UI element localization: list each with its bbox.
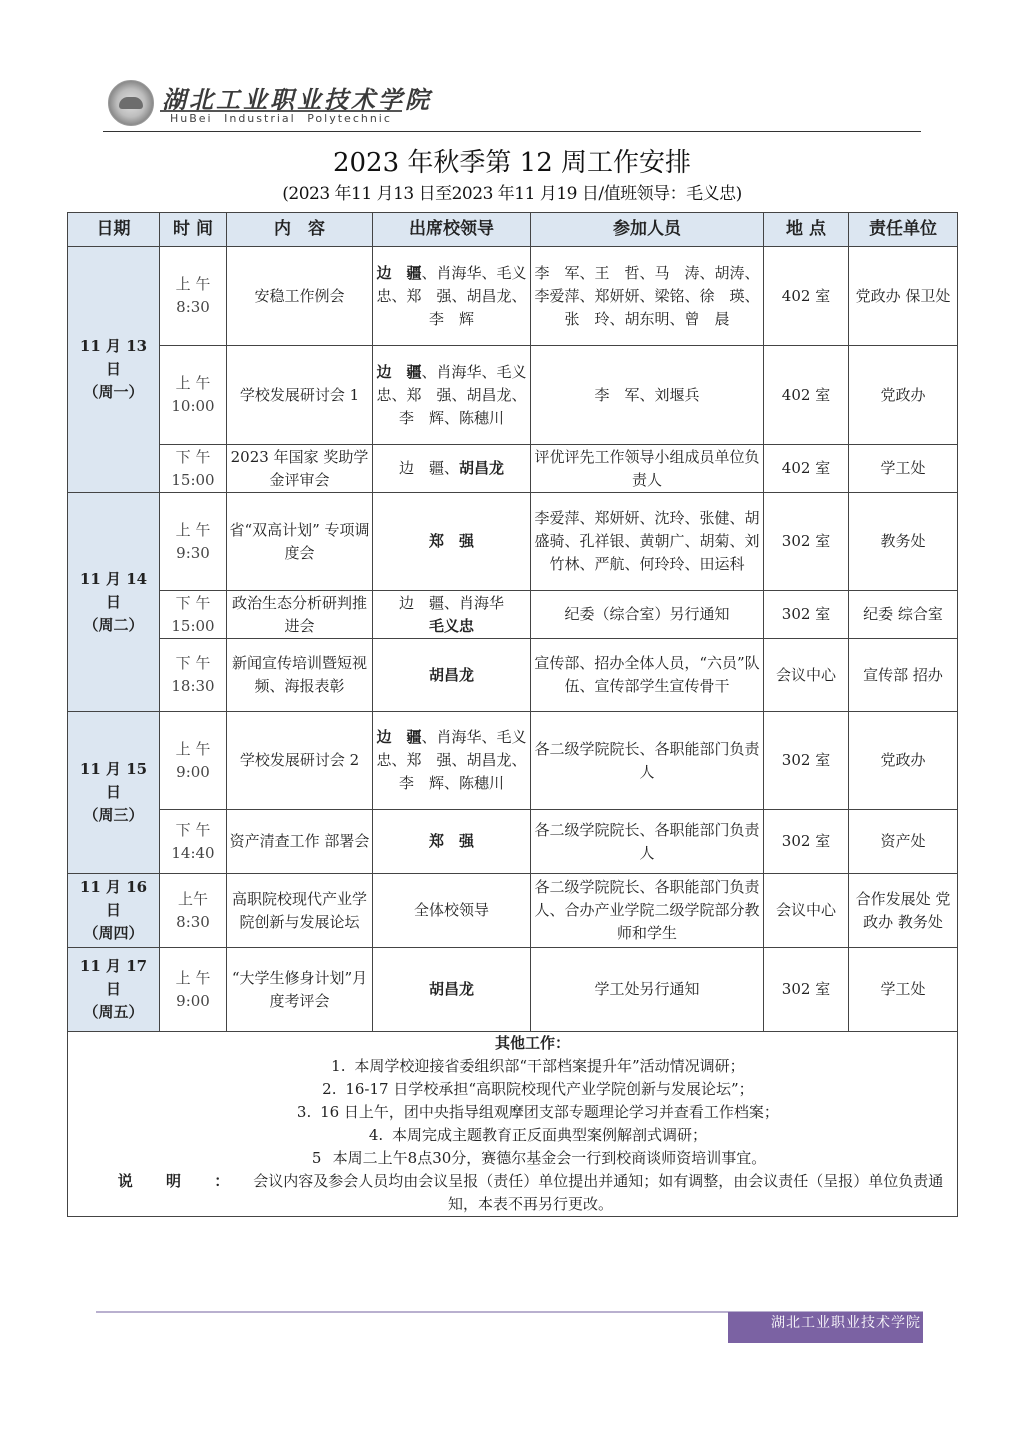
col-header-location: 地 点 (764, 213, 849, 247)
participants-cell: 各二级学院院长、各职能部门负责人 (531, 712, 764, 810)
unit-cell: 宣传部 招办 (849, 639, 958, 712)
col-header-participants: 参加人员 (531, 213, 764, 247)
participants-cell: 宣传部、招办全体人员，“六员”队伍、宣传部学生宣传骨干 (531, 639, 764, 712)
time-cell: 上 午9:30 (160, 493, 227, 591)
weekday-label: （周二） (70, 614, 157, 637)
table-row: 下 午15:00 政治生态分析研判推进会 边 疆、肖海华毛义忠 纪委（综合室）另… (68, 591, 958, 639)
logo-name-en: HuBei Industrial Polytechnic (170, 112, 392, 125)
content-cell: 学校发展研讨会 2 (227, 712, 373, 810)
col-header-leaders: 出席校领导 (373, 213, 531, 247)
weekday-label: （周一） (70, 381, 157, 404)
other-work-section: 其他工作： 1.本周学校迎接省委组织部“干部档案提升年”活动情况调研； 2.16… (68, 1032, 958, 1217)
weekday-label: （周三） (70, 804, 157, 827)
time-cell: 上 午9:00 (160, 948, 227, 1032)
col-header-unit: 责任单位 (849, 213, 958, 247)
date-cell: 11 月 14 日 （周二） (68, 493, 160, 712)
participants-cell: 李 军、王 哲、马 涛、胡涛、李爱萍、郑妍妍、梁铭、徐 瑛、张 玲、胡东明、曾 … (531, 247, 764, 346)
time-cell: 上午8:30 (160, 874, 227, 948)
leaders-cell: 全体校领导 (373, 874, 531, 948)
content-cell: 新闻宣传培训暨短视频、海报表彰 (227, 639, 373, 712)
date-cell: 11 月 17 日 （周五） (68, 948, 160, 1032)
table-row: 11 月 15 日 （周三） 上 午9:00 学校发展研讨会 2 边 疆、肖海华… (68, 712, 958, 810)
date-label: 11 月 13 日 (70, 335, 157, 381)
unit-cell: 党政办 保卫处 (849, 247, 958, 346)
weekday-label: （周四） (70, 922, 157, 945)
location-cell: 302 室 (764, 948, 849, 1032)
other-work-row: 其他工作： 1.本周学校迎接省委组织部“干部档案提升年”活动情况调研； 2.16… (68, 1032, 958, 1217)
date-cell: 11 月 16 日 （周四） (68, 874, 160, 948)
leaders-cell: 边 疆、肖海华、毛义忠、郑 强、胡昌龙、李 辉、陈穗川 (373, 346, 531, 445)
list-item: 4.本周完成主题教育正反面典型案例解剖式调研； (70, 1124, 955, 1147)
date-label: 11 月 14 日 (70, 568, 157, 614)
table-row: 11 月 13 日 （周一） 上 午8:30 安稳工作例会 边 疆、肖海华、毛义… (68, 247, 958, 346)
participants-cell: 李爱萍、郑妍妍、沈玲、张健、胡盛骑、孔祥银、黄朝广、胡菊、刘竹林、严航、何玲玲、… (531, 493, 764, 591)
col-header-time: 时 间 (160, 213, 227, 247)
time-cell: 上 午8:30 (160, 247, 227, 346)
content-cell: 省“双高计划” 专项调度会 (227, 493, 373, 591)
table-row: 下 午15:00 2023 年国家 奖助学金评审会 边 疆、胡昌龙 评优评先工作… (68, 445, 958, 493)
unit-cell: 纪委 综合室 (849, 591, 958, 639)
note-text: 说 明 ：会议内容及参会人员均由会议呈报（责任）单位提出并通知；如有调整，由会议… (70, 1170, 955, 1216)
unit-cell: 学工处 (849, 445, 958, 493)
leaders-cell: 边 疆、胡昌龙 (373, 445, 531, 493)
footer-label: 湖北工业职业技术学院 (728, 1312, 923, 1343)
participants-cell: 纪委（综合室）另行通知 (531, 591, 764, 639)
location-cell: 302 室 (764, 712, 849, 810)
participants-cell: 李 军、刘堰兵 (531, 346, 764, 445)
schedule-table: 日期 时 间 内 容 出席校领导 参加人员 地 点 责任单位 11 月 13 日… (67, 212, 958, 1217)
table-header-row: 日期 时 间 内 容 出席校领导 参加人员 地 点 责任单位 (68, 213, 958, 247)
content-cell: 学校发展研讨会 1 (227, 346, 373, 445)
unit-cell: 党政办 (849, 346, 958, 445)
table-row: 下 午14:40 资产清查工作 部署会 郑 强 各二级学院院长、各职能部门负责人… (68, 810, 958, 874)
unit-cell: 合作发展处 党政办 教务处 (849, 874, 958, 948)
leaders-cell: 胡昌龙 (373, 639, 531, 712)
unit-cell: 资产处 (849, 810, 958, 874)
location-cell: 302 室 (764, 591, 849, 639)
leaders-cell: 郑 强 (373, 810, 531, 874)
date-label: 11 月 17 日 (70, 955, 157, 1001)
list-item: 2.16-17 日学校承担“高职院校现代产业学院创新与发展论坛”； (70, 1078, 955, 1101)
unit-cell: 教务处 (849, 493, 958, 591)
leaders-cell: 边 疆、肖海华毛义忠 (373, 591, 531, 639)
participants-cell: 评优评先工作领导小组成员单位负责人 (531, 445, 764, 493)
location-cell: 302 室 (764, 810, 849, 874)
location-cell: 302 室 (764, 493, 849, 591)
table-row: 上 午10:00 学校发展研讨会 1 边 疆、肖海华、毛义忠、郑 强、胡昌龙、李… (68, 346, 958, 445)
list-item: 3.16 日上午，团中央指导组观摩团支部专题理论学习并查看工作档案； (70, 1101, 955, 1124)
time-cell: 下 午14:40 (160, 810, 227, 874)
leaders-cell: 边 疆、肖海华、毛义忠、郑 强、胡昌龙、李 辉、陈穗川 (373, 712, 531, 810)
location-cell: 402 室 (764, 445, 849, 493)
content-cell: “大学生修身计划”月度考评会 (227, 948, 373, 1032)
leaders-cell: 边 疆、肖海华、毛义忠、郑 强、胡昌龙、李 辉 (373, 247, 531, 346)
table-row: 下 午18:30 新闻宣传培训暨短视频、海报表彰 胡昌龙 宣传部、招办全体人员，… (68, 639, 958, 712)
time-cell: 上 午10:00 (160, 346, 227, 445)
date-cell: 11 月 15 日 （周三） (68, 712, 160, 874)
time-cell: 下 午15:00 (160, 445, 227, 493)
content-cell: 高职院校现代产业学院创新与发展论坛 (227, 874, 373, 948)
participants-cell: 各二级学院院长、各职能部门负责人 (531, 810, 764, 874)
other-work-title: 其他工作： (70, 1032, 955, 1055)
time-cell: 上 午9:00 (160, 712, 227, 810)
page-subtitle: (2023 年11 月13 日至2023 年11 月19 日/值班领导：毛义忠) (0, 179, 1024, 204)
location-cell: 402 室 (764, 346, 849, 445)
time-cell: 下 午18:30 (160, 639, 227, 712)
page-title: 2023 年秋季第 12 周工作安排 (0, 142, 1024, 179)
content-cell: 资产清查工作 部署会 (227, 810, 373, 874)
content-cell: 政治生态分析研判推进会 (227, 591, 373, 639)
location-cell: 402 室 (764, 247, 849, 346)
participants-cell: 学工处另行通知 (531, 948, 764, 1032)
leaders-cell: 胡昌龙 (373, 948, 531, 1032)
table-row: 11 月 14 日 （周二） 上 午9:30 省“双高计划” 专项调度会 郑 强… (68, 493, 958, 591)
unit-cell: 党政办 (849, 712, 958, 810)
table-row: 11 月 16 日 （周四） 上午8:30 高职院校现代产业学院创新与发展论坛 … (68, 874, 958, 948)
table-row: 11 月 17 日 （周五） 上 午9:00 “大学生修身计划”月度考评会 胡昌… (68, 948, 958, 1032)
unit-cell: 学工处 (849, 948, 958, 1032)
col-header-date: 日期 (68, 213, 160, 247)
list-item: 1.本周学校迎接省委组织部“干部档案提升年”活动情况调研； (70, 1055, 955, 1078)
list-item: 5本周二上午8点30分，赛德尔基金会一行到校商谈师资培训事宜。 (70, 1147, 955, 1170)
time-cell: 下 午15:00 (160, 591, 227, 639)
date-cell: 11 月 13 日 （周一） (68, 247, 160, 493)
school-logo: 湖北工业职业技术学院 HuBei Industrial Polytechnic (108, 78, 408, 128)
location-cell: 会议中心 (764, 639, 849, 712)
school-emblem-icon (108, 80, 154, 126)
date-label: 11 月 16 日 (70, 876, 157, 922)
col-header-content: 内 容 (227, 213, 373, 247)
weekday-label: （周五） (70, 1001, 157, 1024)
content-cell: 2023 年国家 奖助学金评审会 (227, 445, 373, 493)
participants-cell: 各二级学院院长、各职能部门负责人、合办产业学院二级学院部分教师和学生 (531, 874, 764, 948)
date-label: 11 月 15 日 (70, 758, 157, 804)
content-cell: 安稳工作例会 (227, 247, 373, 346)
header-rule (103, 131, 921, 132)
leaders-cell: 郑 强 (373, 493, 531, 591)
location-cell: 会议中心 (764, 874, 849, 948)
